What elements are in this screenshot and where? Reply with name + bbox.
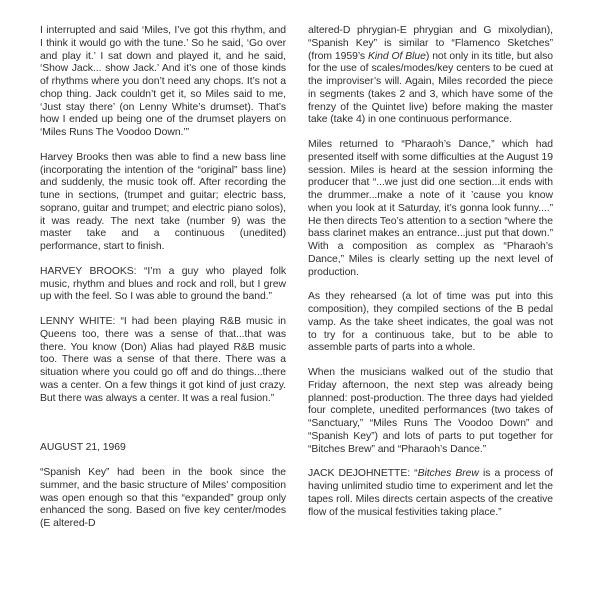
paragraph-rehearsal: As they rehearsed (a lot of time was put… bbox=[308, 291, 553, 355]
paragraph-harvey-brooks-quote: HARVEY BROOKS: “I’m a guy who played fol… bbox=[40, 266, 286, 304]
paragraph-interrupted-quote: I interrupted and said ‘Miles, I’ve got … bbox=[40, 25, 286, 140]
paragraph-jack-dejohnette-quote: JACK DEJOHNETTE: “Bitches Brew is a proc… bbox=[308, 468, 553, 519]
paragraph-spanish-key-modes: altered-D phrygian-E phrygian and G mixo… bbox=[308, 25, 553, 127]
paragraph-post-production: When the musicians walked out of the stu… bbox=[308, 367, 553, 456]
paragraph-spanish-key-intro: “Spanish Key” had been in the book since… bbox=[40, 467, 286, 531]
section-heading-date: AUGUST 21, 1969 bbox=[40, 442, 286, 455]
paragraph-lenny-white-quote: LENNY WHITE: “I had been playing R&B mus… bbox=[40, 316, 286, 405]
album-title-italic: Bitches Brew bbox=[418, 468, 479, 479]
right-column: altered-D phrygian-E phrygian and G mixo… bbox=[308, 25, 553, 531]
text-span: JACK DEJOHNETTE: “ bbox=[308, 468, 418, 479]
left-column: I interrupted and said ‘Miles, I’ve got … bbox=[40, 25, 286, 543]
album-title-italic: Kind Of Blue bbox=[368, 51, 426, 62]
paragraph-pharaohs-dance: Miles returned to “Pharaoh’s Dance,” whi… bbox=[308, 139, 553, 279]
paragraph-harvey-brooks-bass-line: Harvey Brooks then was able to find a ne… bbox=[40, 152, 286, 254]
